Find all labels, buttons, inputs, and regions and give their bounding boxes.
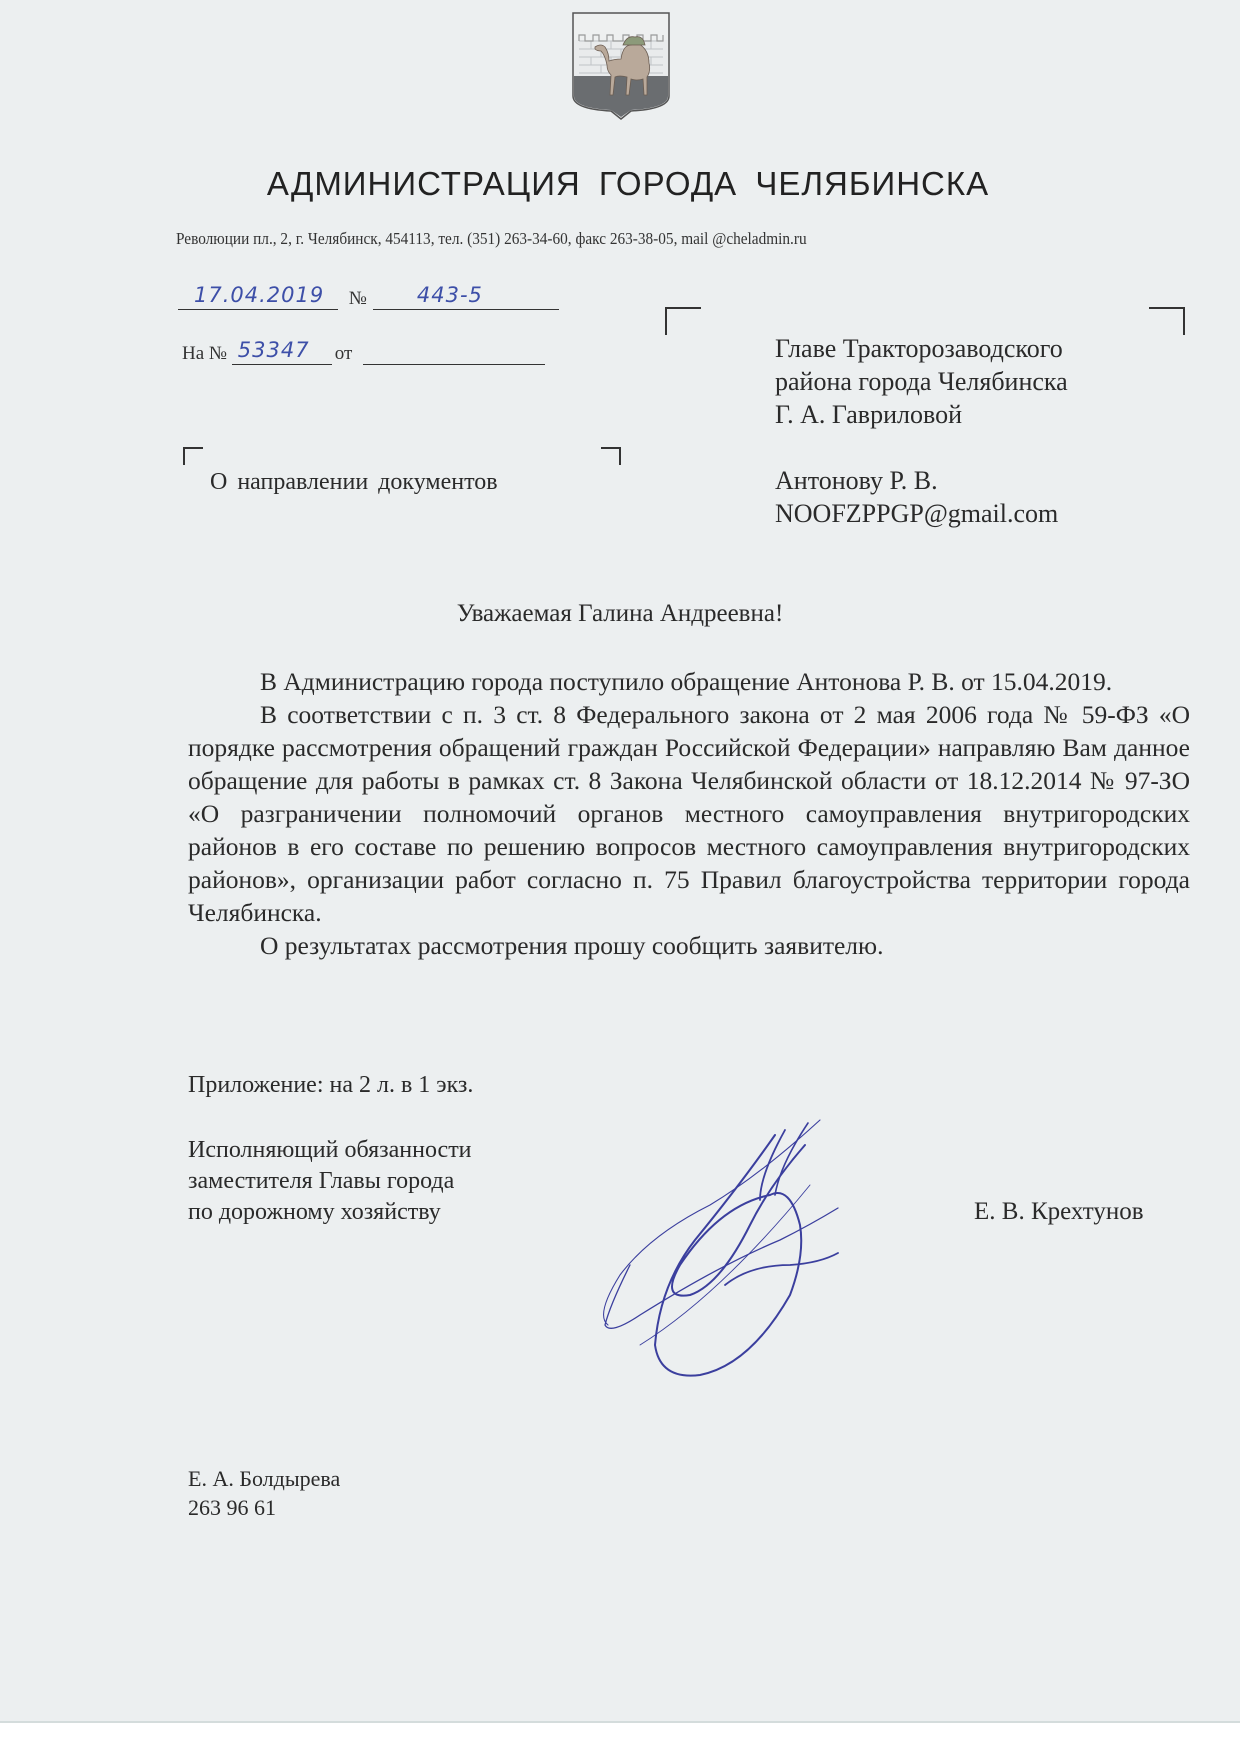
from-label: от [335, 343, 353, 364]
organization-address: Революции пл., 2, г. Челябинск, 454113, … [176, 229, 807, 249]
recipient-line: Главе Тракторозаводского [775, 332, 1068, 365]
reply-to-number-field: 53347 [232, 342, 332, 365]
coat-of-arms-emblem [571, 11, 671, 121]
copy-recipient-name: Антонову Р. В. [775, 464, 1068, 497]
outgoing-registration-line: 17.04.2019 № 443-5 [178, 287, 559, 310]
handwritten-signature [600, 1115, 870, 1380]
registration-date: 17.04.2019 [194, 283, 324, 307]
registration-number: 443-5 [417, 283, 483, 307]
registration-number-field: 443-5 [373, 287, 559, 310]
body-paragraph: В Администрацию города поступило обращен… [188, 665, 1190, 698]
recipient-line: района города Челябинска [775, 365, 1068, 398]
signer-position-line: по дорожному хозяйству [188, 1197, 472, 1228]
signer-name: Е. В. Крехтунов [974, 1198, 1144, 1226]
letter-subject: О направлении документов [210, 469, 498, 496]
signer-position-line: заместителя Главы города [188, 1166, 472, 1197]
organization-title: АДМИНИСТРАЦИЯ ГОРОДА ЧЕЛЯБИНСКА [0, 165, 1240, 203]
copy-recipient-email: NOOFZPPGP@gmail.com [775, 497, 1068, 530]
recipient-line: Г. А. Гавриловой [775, 398, 1068, 431]
subject-corner-mark-right [601, 447, 621, 465]
signature-icon [600, 1115, 870, 1380]
letter-body: В Администрацию города поступило обращен… [188, 665, 1190, 962]
executor-name: Е. А. Болдырева [188, 1464, 340, 1493]
executor-phone: 263 96 61 [188, 1493, 340, 1522]
recipient-corner-mark-left [665, 307, 701, 335]
executor-info: Е. А. Болдырева 263 96 61 [188, 1464, 340, 1522]
signer-position-line: Исполняющий обязанности [188, 1135, 472, 1166]
reply-to-number: 53347 [238, 338, 310, 362]
camel-emblem-icon [571, 11, 671, 121]
incoming-reference-line: На № 53347 от [182, 342, 545, 365]
from-date-field [363, 342, 545, 365]
subject-corner-mark-left [183, 447, 203, 465]
salutation: Уважаемая Галина Андреевна! [0, 600, 1240, 628]
scan-page-edge [0, 1721, 1240, 1753]
registration-date-field: 17.04.2019 [178, 287, 338, 310]
recipient-corner-mark-right [1149, 307, 1185, 335]
attachment-note: Приложение: на 2 л. в 1 экз. [188, 1072, 473, 1099]
recipient-block: Главе Тракторозаводского района города Ч… [775, 332, 1068, 530]
body-paragraph: О результатах рассмотрения прошу сообщит… [188, 929, 1190, 962]
signer-position: Исполняющий обязанности заместителя Глав… [188, 1135, 472, 1228]
body-paragraph: В соответствии с п. 3 ст. 8 Федерального… [188, 698, 1190, 929]
reply-to-label: На № [182, 343, 227, 364]
number-label: № [349, 288, 367, 309]
